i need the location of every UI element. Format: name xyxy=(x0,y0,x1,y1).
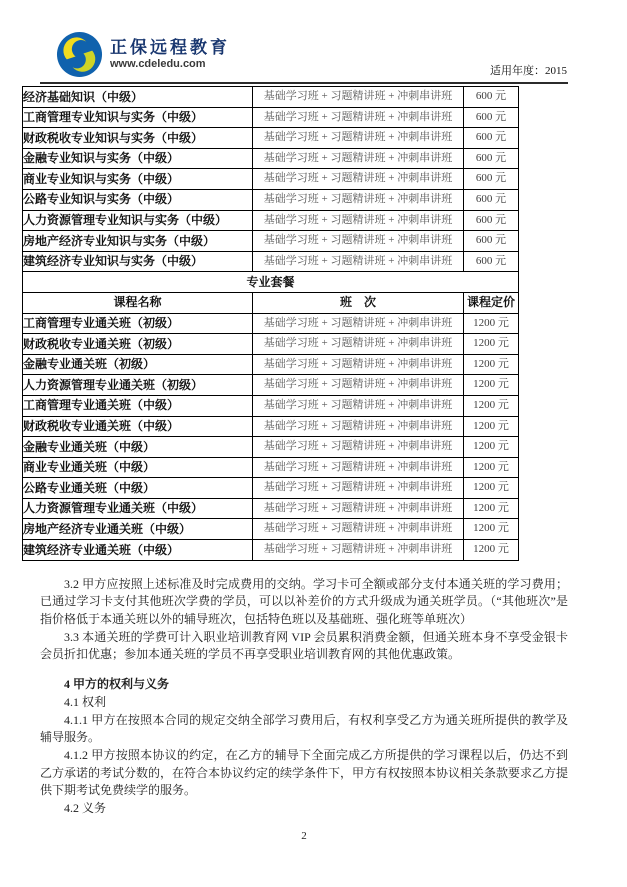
class-bundle-cell: 基础学习班 + 习题精讲班 + 冲刺串讲班 xyxy=(253,169,464,190)
table-row: 商业专业通关班（中级）基础学习班 + 习题精讲班 + 冲刺串讲班1200 元 xyxy=(23,457,519,478)
course-name-cell: 金融专业知识与实务（中级） xyxy=(23,148,253,169)
table-row: 工商管理专业通关班（中级）基础学习班 + 习题精讲班 + 冲刺串讲班1200 元 xyxy=(23,395,519,416)
class-bundle-cell: 基础学习班 + 习题精讲班 + 冲刺串讲班 xyxy=(253,416,464,437)
class-bundle-cell: 基础学习班 + 习题精讲班 + 冲刺串讲班 xyxy=(253,231,464,252)
basic-course-rows: 经济基础知识（中级）基础学习班 + 习题精讲班 + 冲刺串讲班600 元工商管理… xyxy=(23,87,519,272)
cdeledu-logo-icon xyxy=(56,31,103,78)
brand-text: 正保远程教育 www.cdeledu.com xyxy=(110,38,230,71)
clause-4-1: 4.1 权利 xyxy=(40,694,568,712)
table-row: 房地产经济专业知识与实务（中级）基础学习班 + 习题精讲班 + 冲刺串讲班600… xyxy=(23,231,519,252)
course-name-cell: 财政税收专业通关班（初级） xyxy=(23,334,253,355)
table-row: 财政税收专业通关班（初级）基础学习班 + 习题精讲班 + 冲刺串讲班1200 元 xyxy=(23,334,519,355)
course-name-cell: 商业专业通关班（中级） xyxy=(23,457,253,478)
course-name-cell: 工商管理专业知识与实务（中级） xyxy=(23,107,253,128)
applicable-year-label: 适用年度：2015 xyxy=(490,62,567,78)
table-row: 建筑经济专业通关班（中级）基础学习班 + 习题精讲班 + 冲刺串讲班1200 元 xyxy=(23,540,519,561)
price-cell: 1200 元 xyxy=(464,540,519,561)
class-bundle-cell: 基础学习班 + 习题精讲班 + 冲刺串讲班 xyxy=(253,437,464,458)
class-bundle-cell: 基础学习班 + 习题精讲班 + 冲刺串讲班 xyxy=(253,87,464,108)
course-name-cell: 商业专业知识与实务（中级） xyxy=(23,169,253,190)
class-bundle-cell: 基础学习班 + 习题精讲班 + 冲刺串讲班 xyxy=(253,313,464,334)
course-name-cell: 公路专业通关班（中级） xyxy=(23,478,253,499)
brand-block: 正保远程教育 www.cdeledu.com xyxy=(56,31,230,78)
class-bundle-cell: 基础学习班 + 习题精讲班 + 冲刺串讲班 xyxy=(253,395,464,416)
brand-url: www.cdeledu.com xyxy=(110,58,230,71)
course-name-cell: 房地产经济专业通关班（中级） xyxy=(23,519,253,540)
class-bundle-cell: 基础学习班 + 习题精讲班 + 冲刺串讲班 xyxy=(253,375,464,396)
clause-4-1-2: 4.1.2 甲方按照本协议的约定，在乙方的辅导下全面完成乙方所提供的学习课程以后… xyxy=(40,747,568,800)
price-cell: 1200 元 xyxy=(464,519,519,540)
price-cell: 1200 元 xyxy=(464,313,519,334)
column-header-price: 课程定价 xyxy=(464,292,519,313)
section-title: 专业套餐 xyxy=(23,272,519,293)
price-cell: 1200 元 xyxy=(464,437,519,458)
course-name-cell: 公路专业知识与实务（中级） xyxy=(23,189,253,210)
price-cell: 1200 元 xyxy=(464,375,519,396)
section-title-row: 专业套餐 xyxy=(23,272,519,293)
table-row: 工商管理专业通关班（初级）基础学习班 + 习题精讲班 + 冲刺串讲班1200 元 xyxy=(23,313,519,334)
class-bundle-cell: 基础学习班 + 习题精讲班 + 冲刺串讲班 xyxy=(253,478,464,499)
table-row: 人力资源管理专业知识与实务（中级）基础学习班 + 习题精讲班 + 冲刺串讲班60… xyxy=(23,210,519,231)
price-cell: 1200 元 xyxy=(464,416,519,437)
table-row: 商业专业知识与实务（中级）基础学习班 + 习题精讲班 + 冲刺串讲班600 元 xyxy=(23,169,519,190)
price-cell: 600 元 xyxy=(464,148,519,169)
price-cell: 600 元 xyxy=(464,251,519,272)
course-name-cell: 建筑经济专业知识与实务（中级） xyxy=(23,251,253,272)
clause-4-1-1: 4.1.1 甲方在按照本合同的规定交纳全部学习费用后，有权利享受乙方为通关班所提… xyxy=(40,712,568,747)
course-name-cell: 财政税收专业通关班（中级） xyxy=(23,416,253,437)
price-cell: 1200 元 xyxy=(464,457,519,478)
table-row: 工商管理专业知识与实务（中级）基础学习班 + 习题精讲班 + 冲刺串讲班600 … xyxy=(23,107,519,128)
class-bundle-cell: 基础学习班 + 习题精讲班 + 冲刺串讲班 xyxy=(253,107,464,128)
price-cell: 1200 元 xyxy=(464,395,519,416)
clause-3-2: 3.2 甲方应按照上述标准及时完成费用的交纳。学习卡可全额或部分支付本通关班的学… xyxy=(40,576,568,629)
price-cell: 600 元 xyxy=(464,107,519,128)
heading-4: 4 甲方的权利与义务 xyxy=(40,676,568,694)
table-row: 财政税收专业知识与实务（中级）基础学习班 + 习题精讲班 + 冲刺串讲班600 … xyxy=(23,128,519,149)
table-row: 房地产经济专业通关班（中级）基础学习班 + 习题精讲班 + 冲刺串讲班1200 … xyxy=(23,519,519,540)
table-header-row: 课程名称 班 次 课程定价 xyxy=(23,292,519,313)
class-bundle-cell: 基础学习班 + 习题精讲班 + 冲刺串讲班 xyxy=(253,251,464,272)
course-name-cell: 人力资源管理专业知识与实务（中级） xyxy=(23,210,253,231)
price-cell: 600 元 xyxy=(464,169,519,190)
price-cell: 600 元 xyxy=(464,231,519,252)
class-bundle-cell: 基础学习班 + 习题精讲班 + 冲刺串讲班 xyxy=(253,148,464,169)
class-bundle-cell: 基础学习班 + 习题精讲班 + 冲刺串讲班 xyxy=(253,540,464,561)
course-name-cell: 经济基础知识（中级） xyxy=(23,87,253,108)
price-cell: 1200 元 xyxy=(464,354,519,375)
column-header-course: 课程名称 xyxy=(23,292,253,313)
price-cell: 600 元 xyxy=(464,210,519,231)
class-bundle-cell: 基础学习班 + 习题精讲班 + 冲刺串讲班 xyxy=(253,210,464,231)
table-row: 公路专业知识与实务（中级）基础学习班 + 习题精讲班 + 冲刺串讲班600 元 xyxy=(23,189,519,210)
class-bundle-cell: 基础学习班 + 习题精讲班 + 冲刺串讲班 xyxy=(253,354,464,375)
table-row: 人力资源管理专业通关班（初级）基础学习班 + 习题精讲班 + 冲刺串讲班1200… xyxy=(23,375,519,396)
class-bundle-cell: 基础学习班 + 习题精讲班 + 冲刺串讲班 xyxy=(253,189,464,210)
price-cell: 600 元 xyxy=(464,87,519,108)
course-name-cell: 财政税收专业知识与实务（中级） xyxy=(23,128,253,149)
price-cell: 1200 元 xyxy=(464,498,519,519)
brand-name: 正保远程教育 xyxy=(110,38,230,58)
table-row: 公路专业通关班（中级）基础学习班 + 习题精讲班 + 冲刺串讲班1200 元 xyxy=(23,478,519,499)
table-row: 建筑经济专业知识与实务（中级）基础学习班 + 习题精讲班 + 冲刺串讲班600 … xyxy=(23,251,519,272)
clause-4-2: 4.2 义务 xyxy=(40,800,568,818)
class-bundle-cell: 基础学习班 + 习题精讲班 + 冲刺串讲班 xyxy=(253,334,464,355)
course-name-cell: 工商管理专业通关班（中级） xyxy=(23,395,253,416)
price-cell: 1200 元 xyxy=(464,478,519,499)
course-name-cell: 金融专业通关班（中级） xyxy=(23,437,253,458)
course-price-table: 经济基础知识（中级）基础学习班 + 习题精讲班 + 冲刺串讲班600 元工商管理… xyxy=(22,86,519,561)
table-row: 经济基础知识（中级）基础学习班 + 习题精讲班 + 冲刺串讲班600 元 xyxy=(23,87,519,108)
course-name-cell: 工商管理专业通关班（初级） xyxy=(23,313,253,334)
course-name-cell: 房地产经济专业知识与实务（中级） xyxy=(23,231,253,252)
price-cell: 600 元 xyxy=(464,128,519,149)
price-cell: 1200 元 xyxy=(464,334,519,355)
table-row: 金融专业知识与实务（中级）基础学习班 + 习题精讲班 + 冲刺串讲班600 元 xyxy=(23,148,519,169)
course-name-cell: 金融专业通关班（初级） xyxy=(23,354,253,375)
pro-course-rows: 工商管理专业通关班（初级）基础学习班 + 习题精讲班 + 冲刺串讲班1200 元… xyxy=(23,313,519,560)
course-name-cell: 建筑经济专业通关班（中级） xyxy=(23,540,253,561)
contract-body: 3.2 甲方应按照上述标准及时完成费用的交纳。学习卡可全额或部分支付本通关班的学… xyxy=(40,576,568,846)
table-row: 金融专业通关班（初级）基础学习班 + 习题精讲班 + 冲刺串讲班1200 元 xyxy=(23,354,519,375)
page-header: 正保远程教育 www.cdeledu.com 适用年度：2015 xyxy=(40,0,568,84)
table-row: 财政税收专业通关班（中级）基础学习班 + 习题精讲班 + 冲刺串讲班1200 元 xyxy=(23,416,519,437)
column-header-classes: 班 次 xyxy=(253,292,464,313)
package-section: 专业套餐 课程名称 班 次 课程定价 xyxy=(23,272,519,313)
document-page: 正保远程教育 www.cdeledu.com 适用年度：2015 经济基础知识（… xyxy=(0,0,627,887)
table-row: 人力资源管理专业通关班（中级）基础学习班 + 习题精讲班 + 冲刺串讲班1200… xyxy=(23,498,519,519)
course-name-cell: 人力资源管理专业通关班（初级） xyxy=(23,375,253,396)
class-bundle-cell: 基础学习班 + 习题精讲班 + 冲刺串讲班 xyxy=(253,457,464,478)
class-bundle-cell: 基础学习班 + 习题精讲班 + 冲刺串讲班 xyxy=(253,519,464,540)
page-number: 2 xyxy=(40,828,568,846)
course-name-cell: 人力资源管理专业通关班（中级） xyxy=(23,498,253,519)
price-cell: 600 元 xyxy=(464,189,519,210)
table-row: 金融专业通关班（中级）基础学习班 + 习题精讲班 + 冲刺串讲班1200 元 xyxy=(23,437,519,458)
clause-3-3: 3.3 本通关班的学费可计入职业培训教育网 VIP 会员累积消费金额，但通关班本… xyxy=(40,629,568,664)
class-bundle-cell: 基础学习班 + 习题精讲班 + 冲刺串讲班 xyxy=(253,128,464,149)
class-bundle-cell: 基础学习班 + 习题精讲班 + 冲刺串讲班 xyxy=(253,498,464,519)
